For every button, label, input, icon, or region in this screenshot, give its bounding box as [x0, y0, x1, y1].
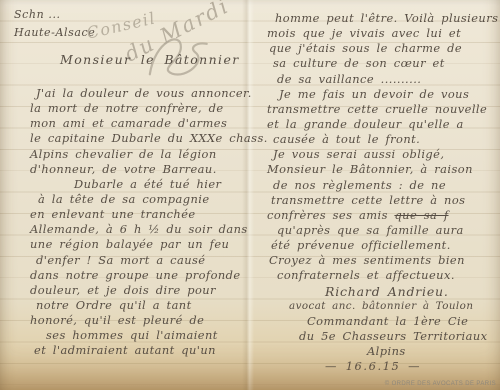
handwritten-line: le capitaine Dubarle du XXXe chass.	[30, 131, 248, 146]
handwritten-line: homme peut l'être. Voilà plusieurs	[263, 11, 497, 26]
handwritten-line: confraternels et affectueux.	[263, 268, 497, 283]
handwritten-line: transmettre cette lettre à nos	[263, 193, 497, 208]
handwritten-line: mois que je vivais avec lui et	[263, 26, 497, 41]
handwritten-line: confrères ses amis que sa f	[263, 208, 497, 223]
handwritten-line: mon ami et camarade d'armes	[30, 116, 248, 131]
letter-page-right: homme peut l'être. Voilà plusieursmois q…	[263, 11, 497, 374]
handwritten-line: Alpins	[263, 344, 497, 359]
handwritten-line: que j'étais sous le charme de	[263, 41, 497, 56]
salutation: Monsieur le Bâtonnier	[60, 52, 240, 67]
handwritten-line: dans notre groupe une profonde	[30, 268, 248, 283]
handwritten-line: douleur, et je dois dire pour	[30, 283, 248, 298]
handwritten-line: Commandant la 1ère Cie	[263, 314, 497, 329]
handwritten-line: la mort de notre confrère, de	[30, 101, 248, 116]
handwritten-line: honoré, qu'il est pleuré de	[30, 313, 248, 328]
handwritten-line: et l'admiraient autant qu'un	[30, 343, 248, 358]
handwritten-line: avocat anc. bâtonnier à Toulon	[263, 299, 497, 314]
handwritten-line: Je me fais un devoir de vous	[263, 87, 497, 102]
handwritten-line: Dubarle a été tué hier	[30, 177, 248, 192]
handwritten-line: et la grande douleur qu'elle a	[263, 117, 497, 132]
handwritten-line: notre Ordre qu'il a tant	[30, 298, 248, 313]
handwritten-line: d'enfer ! Sa mort a causé	[30, 253, 248, 268]
pencil-annotation: Conseil du Mardi	[80, 0, 240, 80]
handwritten-line: qu'après que sa famille aura	[263, 223, 497, 238]
handwritten-line: été prévenue officiellement.	[263, 238, 497, 253]
handwritten-line: transmettre cette cruelle nouvelle	[263, 102, 497, 117]
handwritten-line: en enlevant une tranchée	[30, 207, 248, 222]
handwritten-line: Monsieur le Bâtonnier, à raison	[263, 162, 497, 177]
letter-scan: Schn ... Haute-Alsace Conseil du Mardi M…	[0, 0, 500, 390]
handwritten-line: Alpins chevalier de la légion	[30, 147, 248, 162]
handwritten-line: J'ai la douleur de vous annoncer.	[30, 86, 248, 101]
handwritten-line: du 5e Chasseurs Territoriaux	[263, 329, 497, 344]
handwritten-line: Croyez à mes sentiments bien	[263, 253, 497, 268]
handwritten-line: d'honneur, de votre Barreau.	[30, 162, 248, 177]
handwritten-line: Allemande, à 6 h ½ du soir dans	[30, 222, 248, 237]
handwritten-line: ses hommes qui l'aimaient	[30, 328, 248, 343]
handwritten-line: causée à tout le front.	[263, 132, 497, 147]
handwritten-line: sa culture de son cœur et	[263, 56, 497, 71]
handwritten-line: de sa vaillance ..........	[263, 72, 497, 87]
handwritten-line: Richard Andrieu.	[263, 284, 497, 299]
handwritten-line: une région balayée par un feu	[30, 237, 248, 252]
handwritten-line: — 16.6.15 —	[263, 359, 497, 374]
letter-page-left: J'ai la douleur de vous annoncer.la mort…	[30, 86, 248, 359]
copyright-watermark: © ORDRE DES AVOCATS DE PARIS	[385, 381, 496, 387]
handwritten-line: de nos règlements : de ne	[263, 178, 497, 193]
handwritten-line: Je vous serai aussi obligé,	[263, 147, 497, 162]
handwritten-line: à la tête de sa compagnie	[30, 192, 248, 207]
